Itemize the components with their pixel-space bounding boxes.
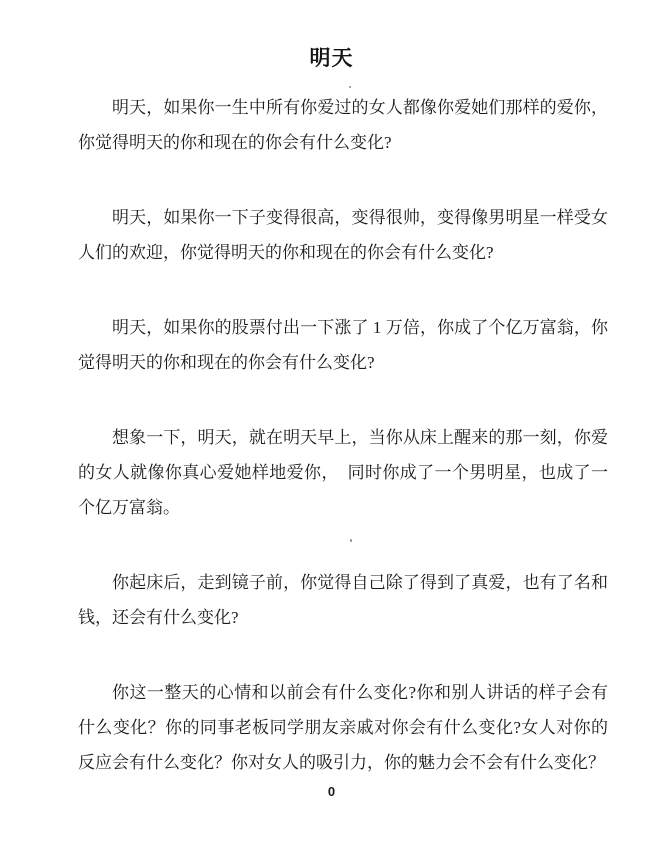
scan-artifact xyxy=(349,86,351,88)
paragraph: 明天，如果你的股票付出一下涨了 1 万倍，你成了个亿万富翁，你觉得明天的你和现在… xyxy=(78,310,608,380)
paragraph: 明天，如果你一下子变得很高，变得很帅，变得像男明星一样受女人们的欢迎，你觉得明天… xyxy=(78,200,608,270)
paragraph: 你这一整天的心情和以前会有什么变化?你和别人讲话的样子会有什么变化？你的同事老板… xyxy=(78,675,608,780)
document-page: 明天 明天，如果你一生中所有你爱过的女人都像你爱她们那样的爱你，你觉得明天的你和… xyxy=(0,0,663,842)
paragraph: 明天，如果你一生中所有你爱过的女人都像你爱她们那样的爱你，你觉得明天的你和现在的… xyxy=(78,90,608,160)
page-number: 0 xyxy=(0,784,663,799)
scan-artifact xyxy=(350,539,352,542)
document-body: 明天，如果你一生中所有你爱过的女人都像你爱她们那样的爱你，你觉得明天的你和现在的… xyxy=(78,90,608,780)
paragraph: 想象一下，明天，就在明天早上，当你从床上醒来的那一刻，你爱的女人就像你真心爱她样… xyxy=(78,420,608,525)
page-title: 明天 xyxy=(0,0,663,74)
paragraph: 你起床后，走到镜子前，你觉得自己除了得到了真爱，也有了名和钱，还会有什么变化? xyxy=(78,565,608,635)
